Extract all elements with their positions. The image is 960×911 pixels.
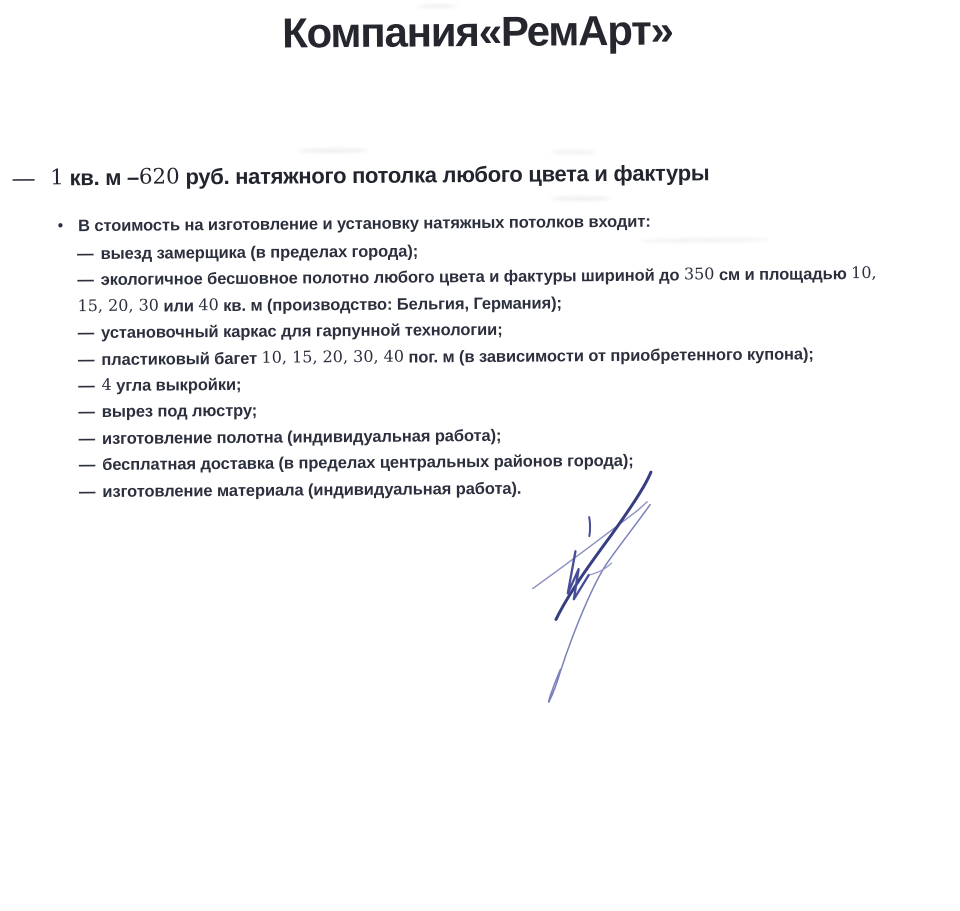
handwritten-signature-icon: [501, 437, 803, 739]
scan-smudge: [550, 150, 596, 154]
list-item: —экологичное бесшовное полотно любого цв…: [77, 261, 905, 320]
item-text: изготовление материала (индивидуальная р…: [102, 479, 521, 500]
item-text: 4 угла выкройки;: [101, 376, 241, 395]
item-dash: —: [79, 456, 96, 474]
intro-text: В стоимость на изготовление и установку …: [78, 213, 651, 235]
item-dash: —: [78, 403, 95, 421]
scan-smudge: [551, 196, 611, 201]
item-text: изготовление полотна (индивидуальная раб…: [102, 427, 502, 448]
item-text: пластиковый багет 10, 15, 20, 30, 40 пог…: [101, 345, 814, 369]
bullet-marker-icon: •: [58, 217, 63, 234]
item-dash: —: [79, 430, 96, 448]
company-title: Компания«РемАрт»: [0, 4, 958, 60]
scan-smudge: [298, 148, 368, 154]
item-dash: —: [77, 271, 94, 289]
item-text: установочный каркас для гарпунной технол…: [101, 321, 503, 342]
document-page: Компания«РемАрт» —1 кв. м –620 руб. натя…: [0, 0, 960, 911]
item-text: экологичное бесшовное полотно любого цве…: [77, 265, 876, 316]
item-text: выезд замерщика (в пределах города);: [100, 242, 418, 262]
item-dash: —: [78, 324, 95, 342]
price-heading: —1 кв. м –620 руб. натяжного потолка люб…: [12, 160, 709, 191]
item-dash: —: [78, 377, 95, 395]
heading-dash: —: [12, 165, 34, 190]
intro-line: •В стоимость на изготовление и установку…: [58, 213, 651, 237]
scanned-document: Компания«РемАрт» —1 кв. м –620 руб. натя…: [0, 0, 960, 911]
item-dash: —: [78, 351, 95, 369]
item-dash: —: [77, 245, 94, 263]
item-text: вырез под люстру;: [102, 402, 258, 421]
item-dash: —: [79, 483, 96, 501]
price-heading-text: 1 кв. м –620 руб. натяжного потолка любо…: [50, 160, 709, 190]
